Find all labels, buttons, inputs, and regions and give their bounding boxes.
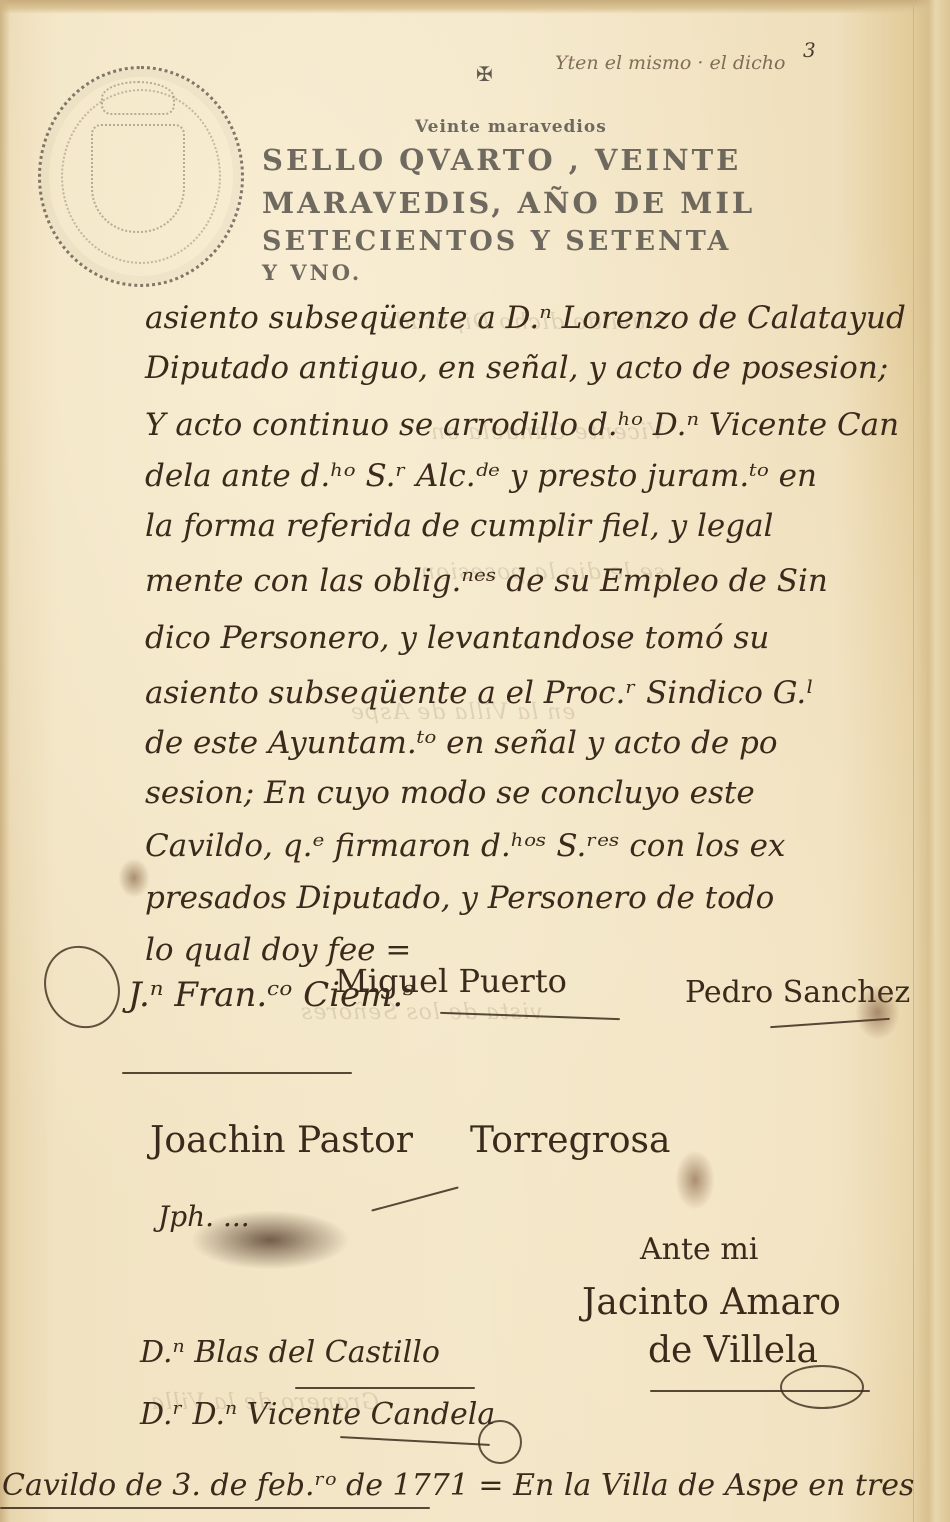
cross-icon: ✠ (476, 62, 493, 86)
body-line: asiento subseqüente a D.ⁿ Lorenzo de Cal… (145, 300, 906, 336)
body-line: Diputado antiguo, en señal, y acto de po… (145, 350, 888, 386)
top-margin-note: Yten el mismo · el dicho (555, 52, 785, 74)
stamp-line-4: Y VNO. (262, 260, 362, 285)
body-line: dela ante d.ʰᵒ S.ʳ Alc.ᵈᵉ y presto juram… (145, 458, 817, 494)
body-line: mente con las oblig.ⁿᵉˢ de su Empleo de … (145, 563, 828, 599)
body-line: dico Personero, y levantandose tomó su (145, 620, 769, 656)
stamp-line-2: MARAVEDIS, AÑO DE MIL (262, 186, 755, 220)
ink-stain (855, 985, 900, 1040)
body-line: sesion; En cuyo modo se concluyo este (145, 775, 755, 811)
signature-de-villela: de Villela (648, 1330, 818, 1371)
signature-jacinto-amaro: Jacinto Amaro (582, 1282, 841, 1323)
signature-rubric (371, 1186, 458, 1211)
royal-seal-stamp (38, 66, 244, 287)
body-line: de este Ayuntam.ᵗᵒ en señal y acto de po (145, 725, 778, 761)
signature-vicente-candela: D.ʳ D.ⁿ Vicente Candela (140, 1397, 495, 1432)
manuscript-page: Cavildo dicho Diputado Vicente Candela e… (0, 0, 950, 1522)
ink-stain (675, 1150, 715, 1210)
signature-blas-del-castillo: D.ⁿ Blas del Castillo (140, 1335, 440, 1370)
signature-joachin-pastor: Joachin Pastor (150, 1120, 413, 1161)
signature-underline (122, 1072, 352, 1074)
stamp-line-1: SELLO QVARTO , VEINTE (262, 143, 741, 177)
ink-stain (118, 858, 150, 898)
signature-miguel-puerto: Miguel Puerto (335, 962, 567, 1000)
page-right-fold (913, 0, 950, 1522)
ink-blot (190, 1210, 350, 1270)
signature-flourish-icon (478, 1420, 522, 1464)
signature-torregrosa: Torregrosa (470, 1120, 670, 1161)
footer-date-line: Cavildo de 3. de feb.ʳᵒ de 1771 = En la … (2, 1468, 914, 1503)
body-line: asiento subseqüente a el Proc.ʳ Sindico … (145, 675, 814, 711)
signature-flourish-icon (780, 1365, 864, 1409)
body-line: la forma referida de cumplir fiel, y leg… (145, 508, 773, 544)
body-line: Cavildo, q.ᵉ firmaron d.ʰᵒˢ S.ʳᵉˢ con lo… (145, 828, 785, 864)
seal-shield-icon (91, 124, 185, 233)
stamp-denomination: Veinte maravedios (415, 117, 607, 137)
page-number: 3 (803, 38, 816, 62)
signature-ante-mi: Ante mi (640, 1232, 758, 1267)
page-left-edge (0, 0, 10, 1522)
stamp-line-3: SETECIENTOS Y SETENTA (262, 226, 731, 257)
signature-underline (340, 1436, 490, 1446)
body-line: presados Diputado, y Personero de todo (145, 880, 774, 916)
page-top-edge (0, 0, 950, 14)
signature-underline (295, 1387, 475, 1389)
footer-underline (0, 1507, 430, 1509)
seal-crown-icon (101, 81, 175, 115)
body-line: Y acto continuo se arrodillo d.ʰᵒ D.ⁿ Vi… (145, 407, 899, 443)
signature-flourish-icon (31, 933, 134, 1040)
